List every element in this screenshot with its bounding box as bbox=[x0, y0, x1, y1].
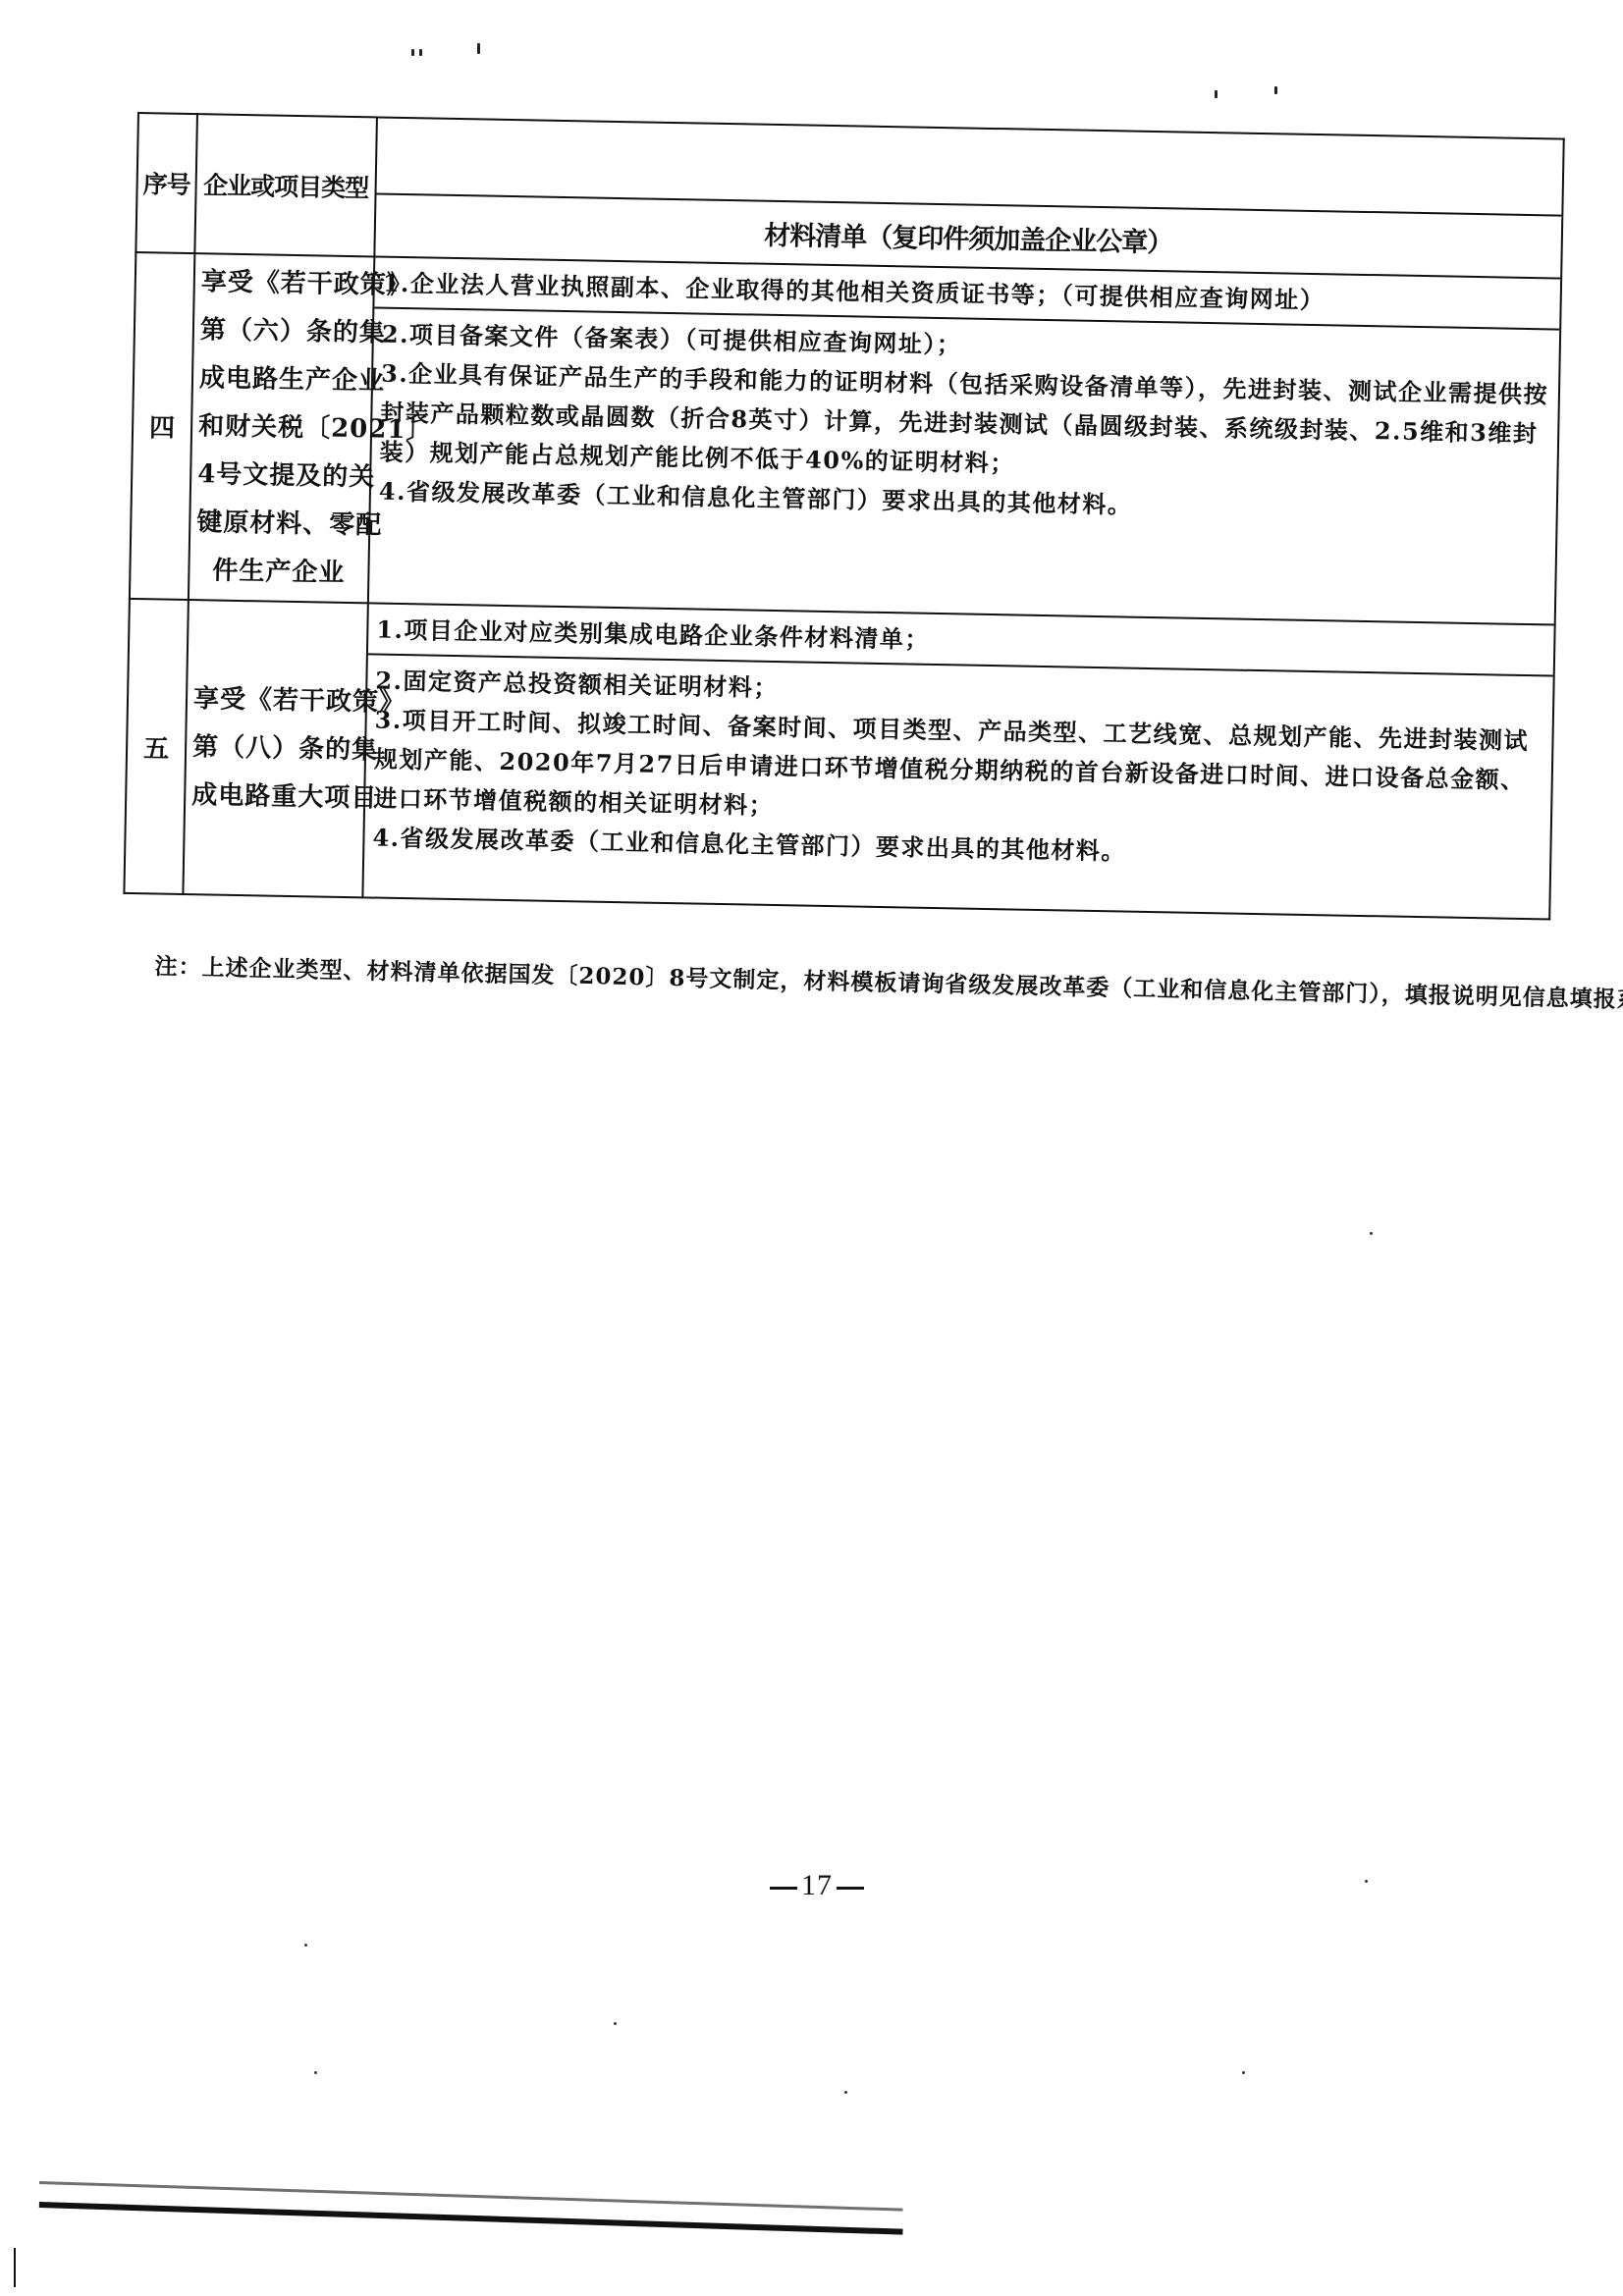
header-type: 企业或项目类型 bbox=[194, 114, 377, 256]
scan-speck bbox=[477, 43, 480, 54]
header-number: 序号 bbox=[135, 113, 197, 253]
row-type-line: 第（六）条的集 bbox=[199, 306, 366, 357]
row-type-line: 成电路生产企业 bbox=[199, 354, 366, 405]
row-type-line: 享受《若干政策》 bbox=[193, 675, 360, 726]
row-type-line: 成电路重大项目 bbox=[191, 772, 358, 823]
scan-speck bbox=[304, 1944, 307, 1947]
row-type-line: 和财关税〔2021〕 bbox=[198, 402, 365, 454]
scan-speck bbox=[1365, 1880, 1368, 1883]
row-type-line: 第（八）条的集 bbox=[192, 723, 359, 774]
scan-artifact-line bbox=[14, 2248, 16, 2287]
row-type-line: 4号文提及的关 bbox=[197, 451, 364, 502]
row-type: 享受《若干政策》 第（八）条的集 成电路重大项目 bbox=[183, 600, 367, 897]
row-type-line: 键原材料、零配 bbox=[196, 499, 363, 550]
row-type-line: 享受《若干政策》 bbox=[200, 258, 367, 309]
page-number: 17 bbox=[766, 1869, 868, 1902]
row-materials: 1.项目企业对应类别集成电路企业条件材料清单； 2.固定资产总投资额相关证明材料… bbox=[362, 603, 1554, 919]
dash-left bbox=[770, 1887, 797, 1890]
scan-speck bbox=[1370, 1232, 1373, 1235]
scan-speck bbox=[1215, 90, 1217, 98]
row-type: 享受《若干政策》 第（六）条的集 成电路生产企业 和财关税〔2021〕 4号文提… bbox=[189, 253, 374, 603]
row-type-line: 件生产企业 bbox=[195, 547, 362, 598]
document-page: 序号 企业或项目类型 材料清单（复印件须加盖企业公章） 四 享受《若干政策》 第… bbox=[0, 0, 1623, 2296]
material-item: 3.项目开工时间、拟竣工时间、备案时间、项目类型、产品类型、工艺线宽、总规划产能… bbox=[373, 701, 1544, 840]
materials-table: 序号 企业或项目类型 材料清单（复印件须加盖企业公章） 四 享受《若干政策》 第… bbox=[123, 112, 1564, 921]
table-row: 四 享受《若干政策》 第（六）条的集 成电路生产企业 和财关税〔2021〕 4号… bbox=[130, 252, 1561, 625]
scan-speck bbox=[1274, 86, 1277, 94]
material-item: 3.企业具有保证产品生产的手段和能力的证明材料（包括采购设备清单等），先进封装、… bbox=[379, 354, 1550, 494]
row-materials: 1.企业法人营业执照副本、企业取得的其他相关资质证书等；（可提供相应查询网址） … bbox=[368, 256, 1561, 624]
scan-speck bbox=[419, 49, 422, 56]
row-number: 五 bbox=[124, 599, 188, 894]
footnote: 注：上述企业类型、材料清单依据国发〔2020〕8号文制定，材料模板请询省级发展改… bbox=[154, 948, 1623, 1015]
scan-speck bbox=[844, 2091, 847, 2094]
row-number: 四 bbox=[130, 252, 194, 600]
scan-speck bbox=[411, 49, 414, 56]
materials-table-container: 序号 企业或项目类型 材料清单（复印件须加盖企业公章） 四 享受《若干政策》 第… bbox=[123, 112, 1562, 920]
page-number-value: 17 bbox=[801, 1869, 833, 1901]
scan-speck bbox=[314, 2071, 317, 2074]
scan-speck bbox=[1242, 2071, 1245, 2074]
dash-right bbox=[837, 1887, 864, 1890]
table-row: 五 享受《若干政策》 第（八）条的集 成电路重大项目 1.项目企业对应类别集成电… bbox=[124, 599, 1554, 920]
scan-speck bbox=[614, 2022, 617, 2025]
table-header-row: 序号 企业或项目类型 bbox=[137, 113, 1564, 216]
